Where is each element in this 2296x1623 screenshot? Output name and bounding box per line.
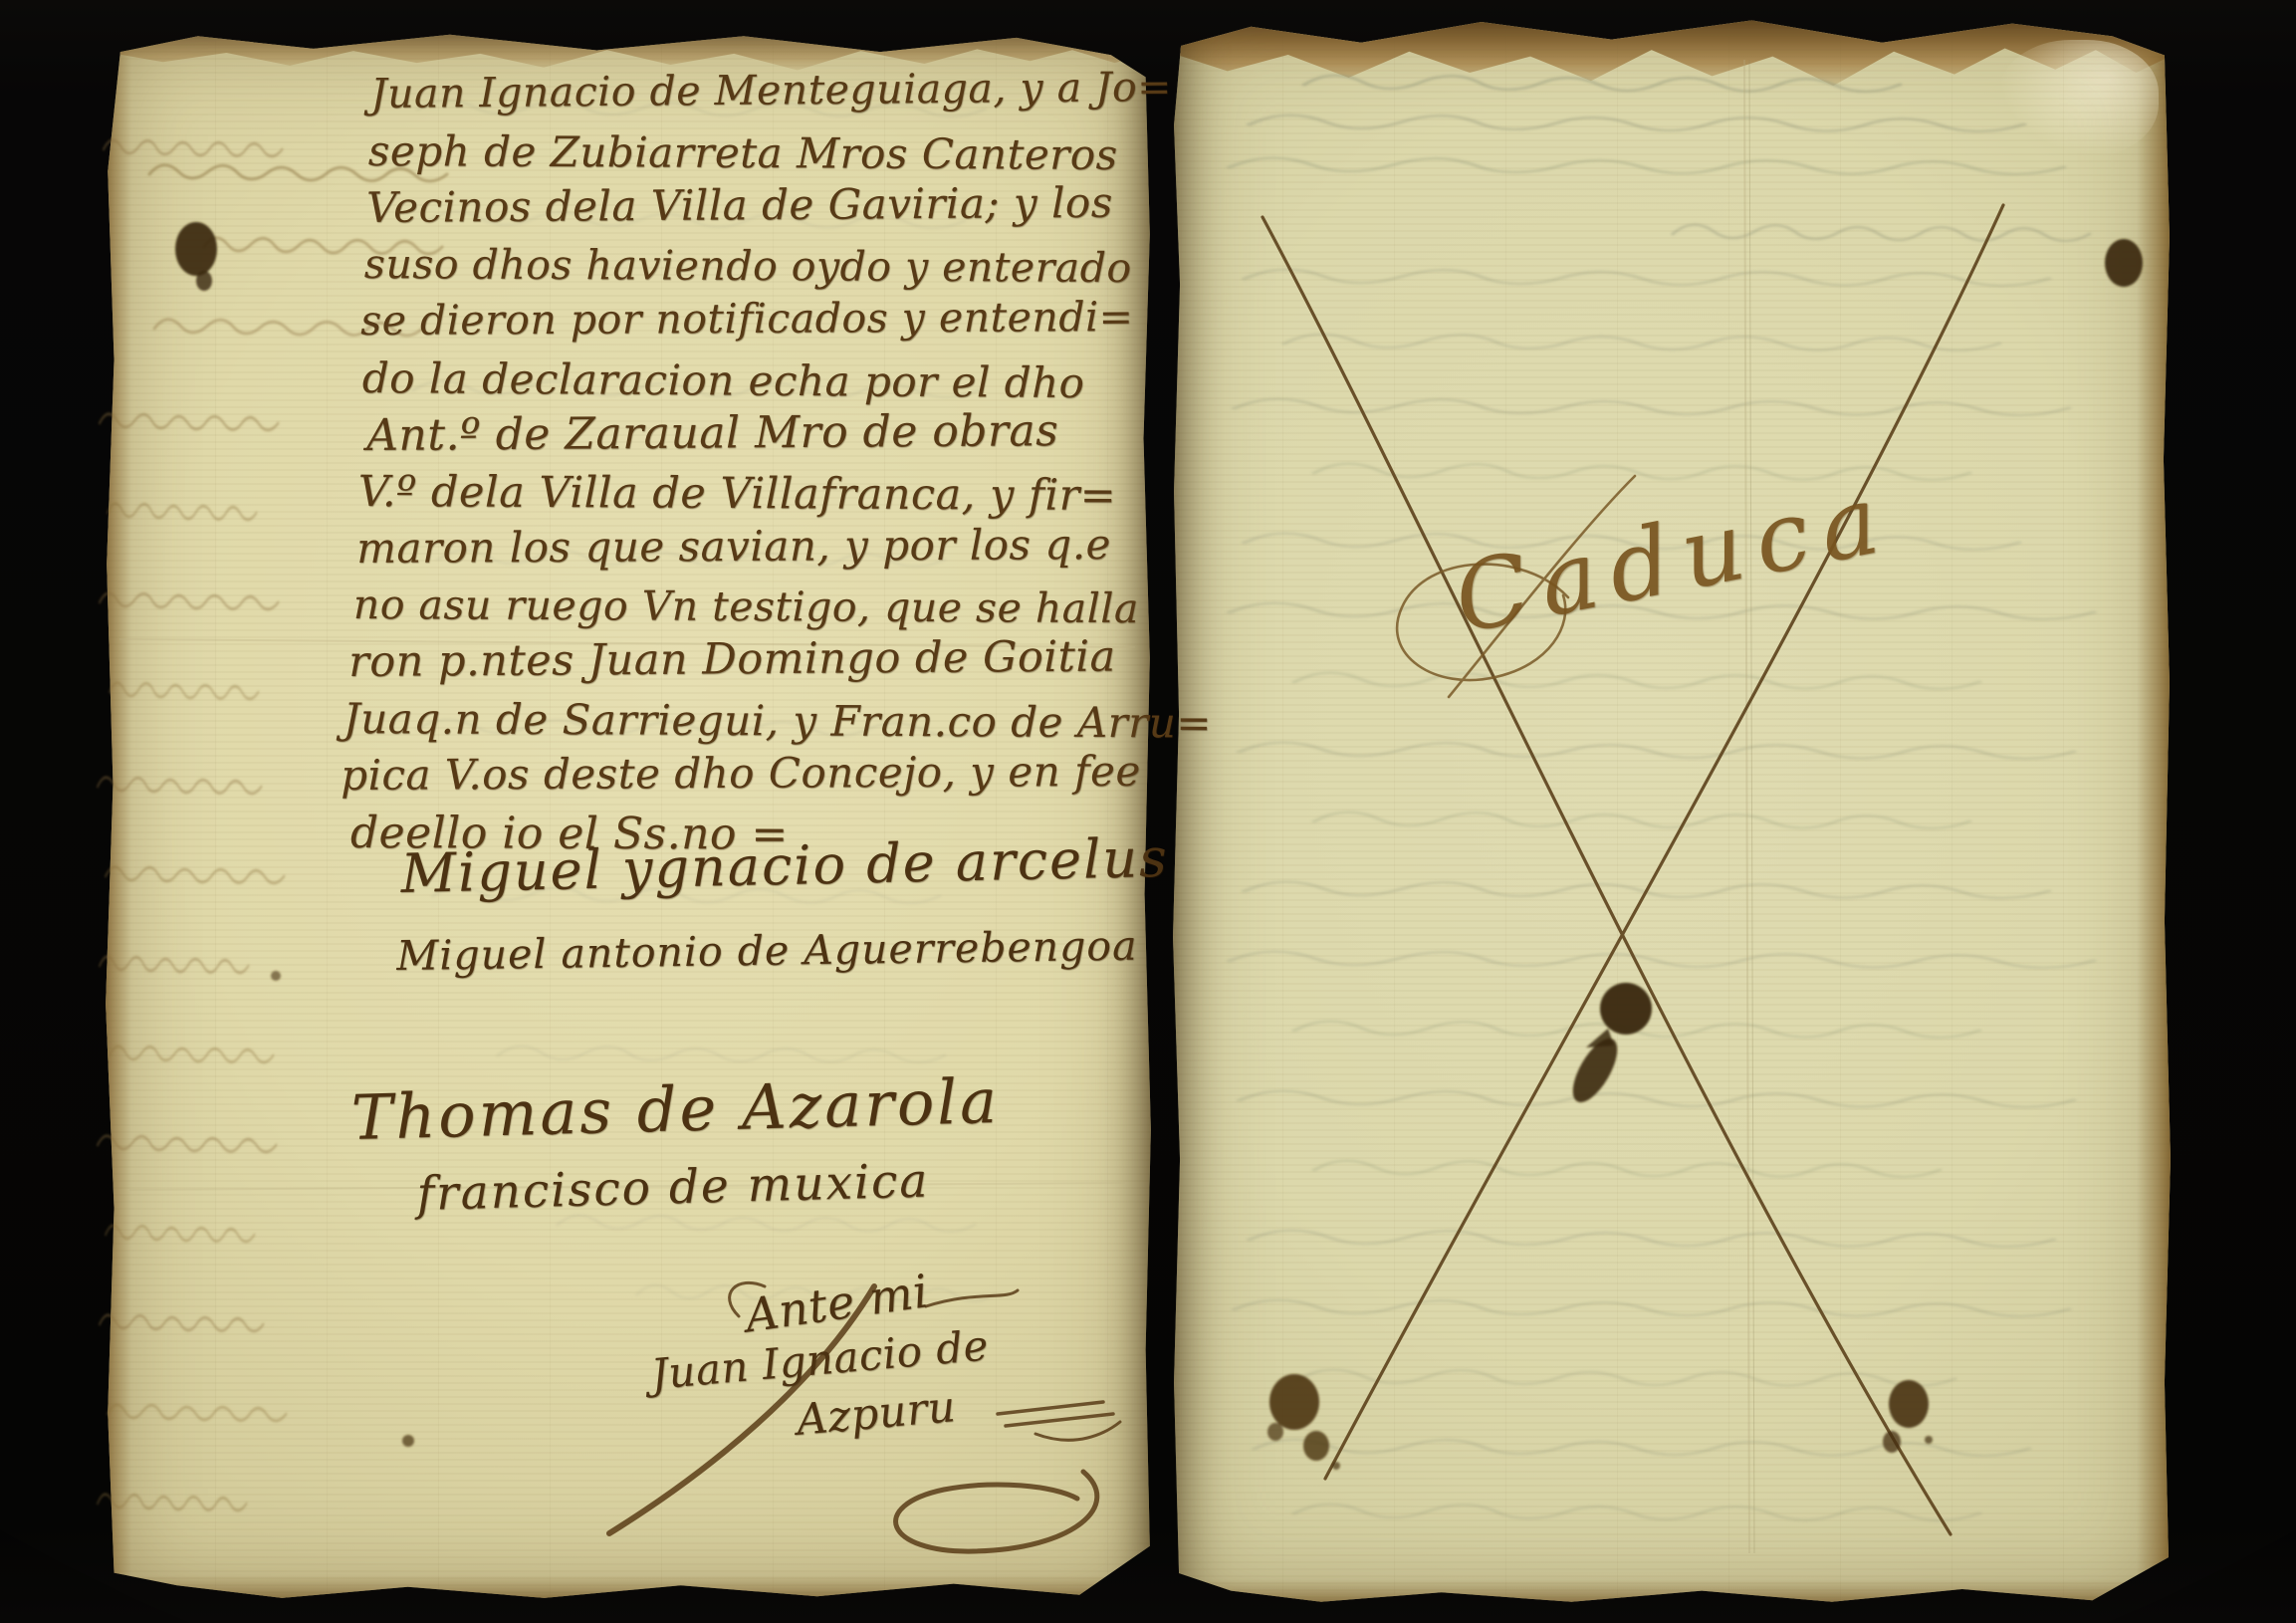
manuscript-line-4: suso dhos haviendo oydo y enterado [364, 240, 1132, 292]
manuscript-line-6: do la declaracion echa por el dho [362, 353, 1085, 407]
manuscript-line-12: Juaq.n de Sarriegui, y Fran.co de Arru= [344, 694, 1212, 748]
page-corner-curl [1999, 40, 2159, 157]
manuscript-line-13: pica V.os deste dho Concejo, y en fee [341, 747, 1141, 800]
manuscript-line-8: V.º dela Villa de Villafranca, y fir= [358, 467, 1117, 521]
manuscript-line-2: seph de Zubiarreta Mros Canteros [368, 126, 1118, 179]
page-shading [1171, 14, 2173, 1605]
right-page-rough-edge [2137, 14, 2173, 1605]
manuscript-scan: Juan Ignacio de Menteguiaga, y a Jo= sep… [0, 0, 2296, 1623]
paper-texture [1171, 14, 2173, 1605]
manuscript-line-7: Ant.º de Zaraual Mro de obras [366, 405, 1058, 461]
manuscript-line-1: Juan Ignacio de Menteguiaga, y a Jo= [370, 63, 1172, 117]
manuscript-line-10: no asu ruego Vn testigo, que se halla [353, 580, 1139, 632]
right-page [1171, 14, 2173, 1605]
manuscript-line-3: Vecinos dela Villa de Gaviria; y los [366, 178, 1113, 232]
manuscript-line-9: maron los que savian, y por los q.e [356, 520, 1111, 573]
left-page-bottom-edge [104, 1575, 1153, 1601]
left-page-deckle-edge [104, 30, 131, 1601]
manuscript-line-5: se dieron por notificados y entendi= [360, 293, 1134, 345]
manuscript-line-11: ron p.ntes Juan Domingo de Goitia [348, 632, 1116, 687]
right-page-bottom-edge [1171, 1579, 2173, 1605]
